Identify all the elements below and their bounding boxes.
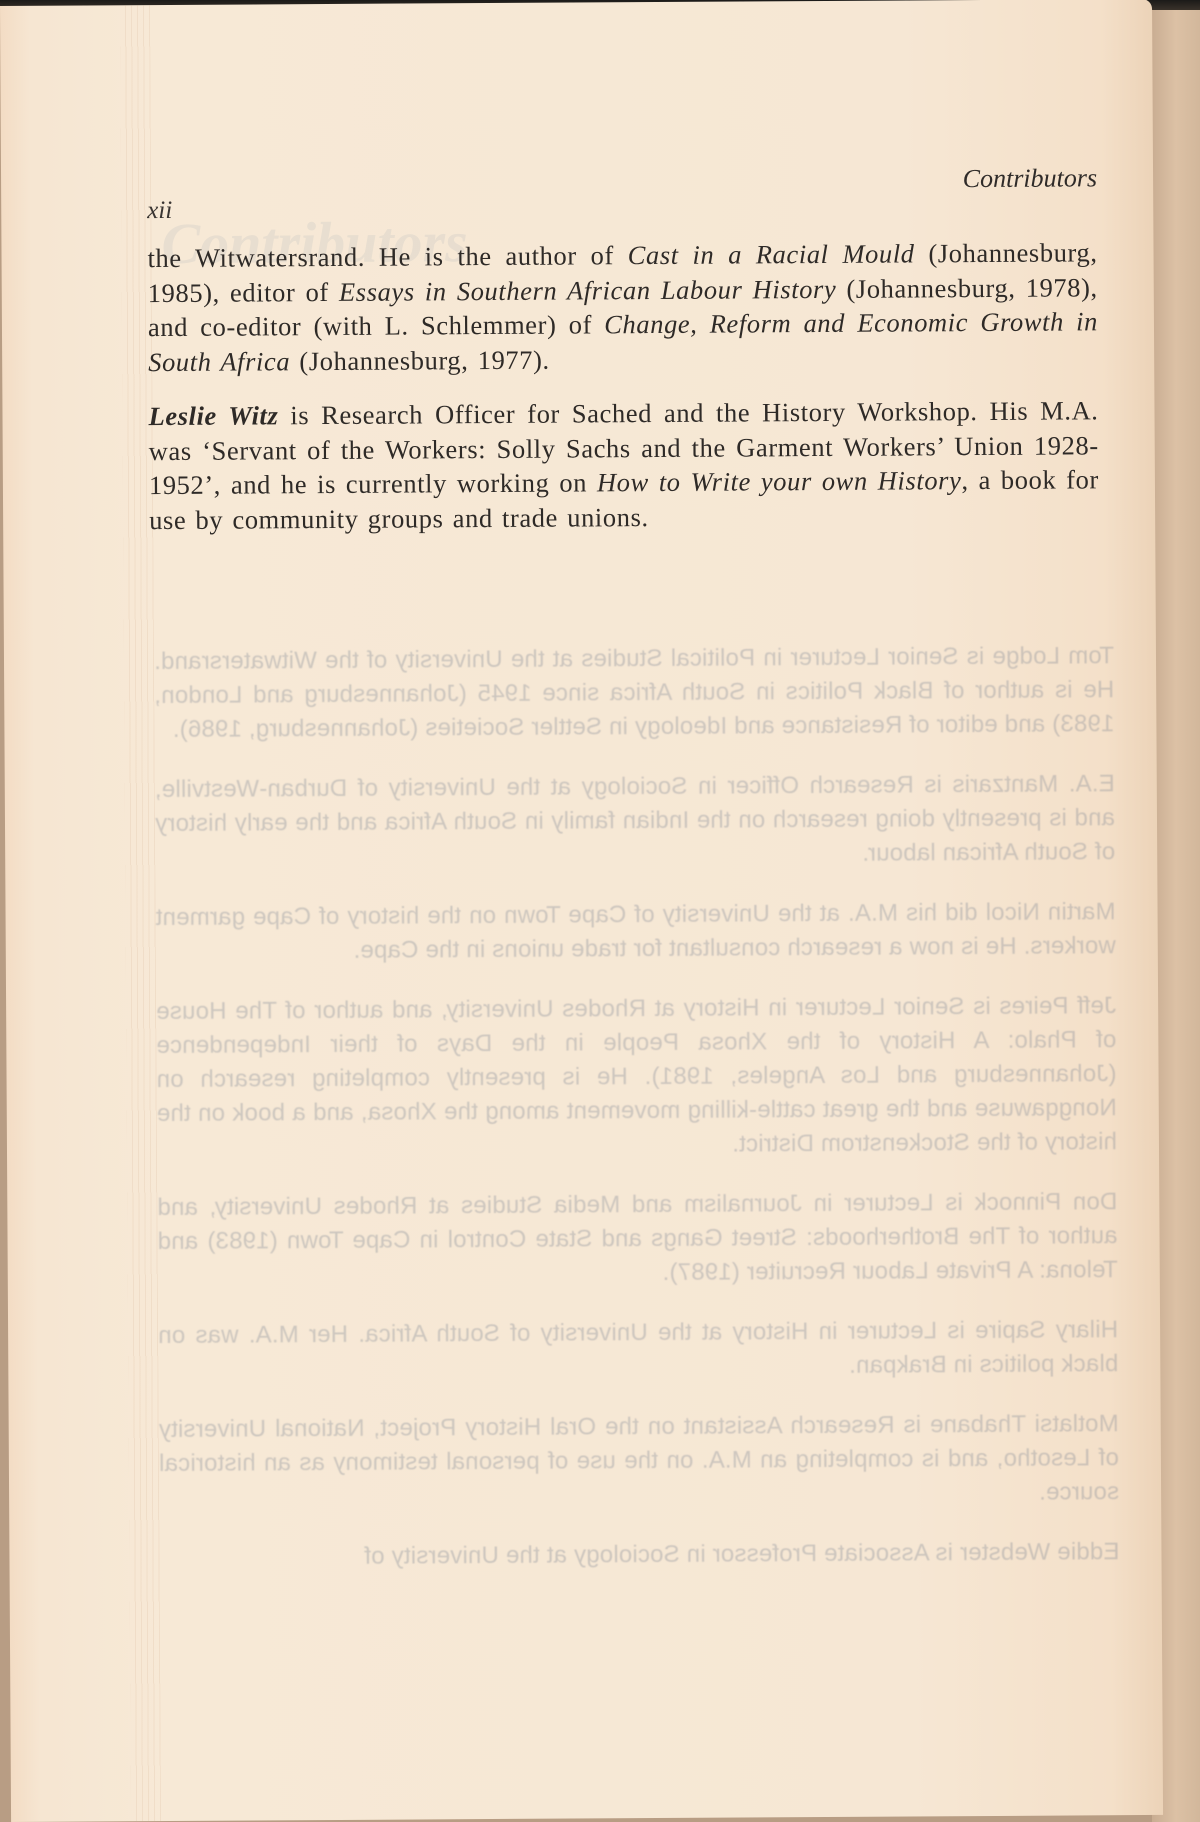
contributor-name: Leslie Witz (148, 400, 278, 431)
show-through-entry: Eddie Webster is Associate Professor in … (159, 1535, 1119, 1575)
paragraph-continuation: the Witwatersrand. He is the author of C… (147, 235, 1098, 379)
book-title: Cast in a Racial Mould (628, 238, 915, 270)
section-title: Contributors (963, 163, 1098, 194)
paragraph-leslie-witz: Leslie Witz is Research Officer for Sach… (148, 393, 1099, 537)
book-title: How to Write your own History (597, 465, 962, 497)
show-through-entry: E.A. Mantzaris is Research Officer in So… (155, 767, 1116, 875)
book-page: Contributors xii Contributors the Witwat… (0, 0, 1163, 1822)
show-through-entry: Hilary Sapire is Lecturer in History at … (158, 1313, 1118, 1387)
show-through-entry: Don Pinnock is Lecturer in Journalism an… (157, 1185, 1118, 1293)
reverse-page-show-through: Tom Lodge is Senior Lecturer in Politica… (154, 639, 1120, 1601)
show-through-entry: Motlatsi Thabane is Research Assistant o… (159, 1407, 1120, 1515)
running-head: xii Contributors (147, 149, 1097, 225)
book-title: Essays in Southern African Labour Histor… (339, 273, 837, 306)
show-through-entry: Martin Nicol did his M.A. at the Univers… (155, 895, 1115, 969)
show-through-entry: Jeff Peires is Senior Lecturer in Histor… (156, 989, 1117, 1165)
page-number: xii (147, 197, 172, 225)
text-run: the Witwatersrand. He is the author of (147, 240, 627, 273)
show-through-entry: Tom Lodge is Senior Lecturer in Politica… (154, 639, 1115, 747)
text-run: (Johannesburg, 1977). (290, 344, 550, 376)
contributors-body: the Witwatersrand. He is the author of C… (147, 235, 1099, 557)
